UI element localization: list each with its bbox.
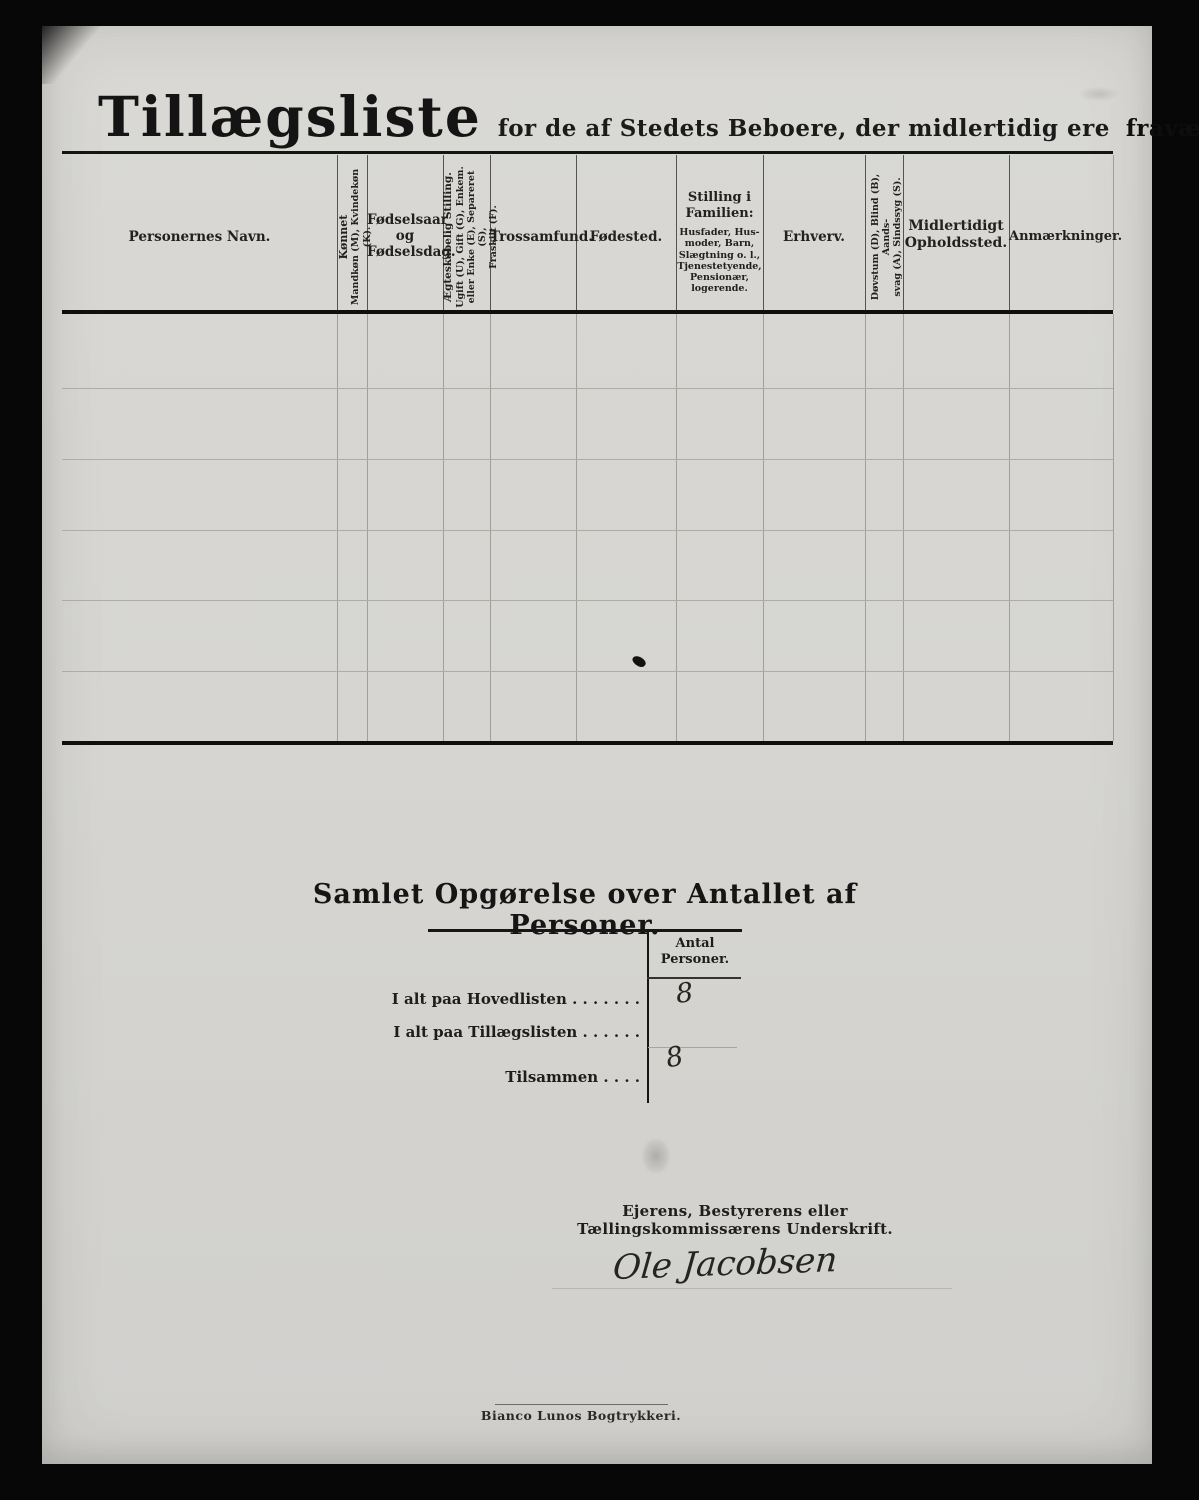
column-header-koennet: Kønnet Mandkøn (M), Kvindekøn (K). (337, 162, 367, 312)
column-header-doevstum: Døvstum (D), Blind (B), Aands- svag (A),… (870, 162, 898, 312)
title-rule (62, 151, 1113, 154)
page-subtitle-emphasis: fraværende. (1126, 115, 1199, 142)
table-row-line (62, 530, 1113, 531)
column-header-foedested: Fødested. (576, 229, 676, 245)
column-header-label: Døvstum (D), Blind (B), Aands- (870, 162, 892, 312)
table-row-line (62, 459, 1113, 460)
summary-count-header-line: Antal (649, 936, 741, 952)
page-title: Tillægsliste (98, 84, 482, 149)
scanned-census-form: Tillægsliste for de af Stedets Beboere, … (0, 0, 1199, 1500)
summary-row-label-tillaegslisten: I alt paa Tillægslisten . . . . . . (330, 1023, 640, 1041)
column-header-label: og (367, 228, 443, 244)
page-subtitle: for de af Stedets Beboere, der midlertid… (498, 115, 1110, 142)
column-header-personernes-navn: Personernes Navn. (62, 229, 337, 245)
column-header-foedselsaar: Fødselsaar og Fødselsdag. (367, 212, 443, 261)
column-header-subline: logerende. (676, 283, 763, 294)
footer-rule (495, 1404, 668, 1405)
printer-imprint: Bianco Lunos Bogtrykkeri. (471, 1408, 691, 1423)
scan-corner-shadow (42, 26, 137, 84)
page-title-row: Tillægsliste for de af Stedets Beboere, … (98, 84, 1199, 149)
summary-header-underline (647, 977, 741, 979)
column-header-subline: moder, Barn, (676, 238, 763, 249)
column-header-label: eller Enke (E), Separeret (S), (466, 162, 488, 312)
column-header-label: Opholdssted. (903, 235, 1009, 252)
signature-baseline (552, 1288, 952, 1289)
body-column-line (865, 314, 866, 741)
body-column-line (576, 314, 577, 741)
body-column-line (903, 314, 904, 741)
column-header-label: Anmærkninger. (1009, 229, 1113, 245)
body-column-line (367, 314, 368, 741)
table-row-line (62, 600, 1113, 601)
summary-top-rule (428, 929, 742, 932)
summary-count-column-header: Antal Personer. (649, 936, 741, 967)
column-header-subline: Tjenestetyende, (676, 261, 763, 272)
column-header-erhverv: Erhverv. (763, 229, 865, 245)
column-header-label: Stilling i (676, 190, 763, 206)
scan-smudge (1072, 84, 1126, 104)
body-column-line (490, 314, 491, 741)
column-header-subline: Slægtning o. l., (676, 250, 763, 261)
table-bottom-rule (62, 741, 1113, 745)
column-header-label: Ægteskabelig Stilling. (442, 162, 455, 312)
column-header-label: Fødselsdag. (367, 244, 443, 260)
column-header-anmaerkninger: Anmærkninger. (1009, 229, 1113, 245)
column-header-label: Trossamfund. (490, 229, 576, 245)
body-column-line (763, 314, 764, 741)
body-column-line (1009, 314, 1010, 741)
column-header-subline: Husfader, Hus- (676, 227, 763, 238)
handwritten-signature: Ole Jacobsen (611, 1240, 839, 1288)
summary-row-label-tilsammen: Tilsammen . . . . (330, 1068, 640, 1086)
body-column-line (1113, 314, 1114, 741)
body-column-line (337, 314, 338, 741)
scan-smudge (637, 1132, 675, 1180)
column-header-midlertidigt-opholdssted: Midlertidigt Opholdssted. (903, 218, 1009, 252)
signature-label: Ejerens, Bestyrerens eller Tællingskommi… (535, 1202, 935, 1238)
column-header-label: Ugift (U), Gift (G), Enkem. (455, 162, 466, 312)
table-row-line (62, 388, 1113, 389)
body-column-line (676, 314, 677, 741)
summary-count-header-line: Personer. (649, 952, 741, 968)
column-header-label: Midlertidigt (903, 218, 1009, 235)
handwritten-count-hovedlisten: 8 (674, 977, 694, 1010)
header-bottom-rule (62, 310, 1113, 314)
column-header-label: Kønnet (337, 162, 350, 312)
summary-value-line (648, 1047, 737, 1048)
column-header-trossamfund: Trossamfund. (490, 229, 576, 245)
column-header-label: Familien: (676, 206, 763, 222)
column-header-label: Erhverv. (763, 229, 865, 245)
column-header-label: Fødselsaar (367, 212, 443, 228)
summary-row-label-hovedlisten: I alt paa Hovedlisten . . . . . . . (330, 990, 640, 1008)
column-separator (865, 155, 866, 310)
table-row-line (62, 671, 1113, 672)
column-header-label: Personernes Navn. (62, 229, 337, 245)
column-header-label: Fødested. (576, 229, 676, 245)
column-header-subline: Pensionær, (676, 272, 763, 283)
column-header-stilling-i-familien: Stilling i Familien: Husfader, Hus- mode… (676, 190, 763, 294)
column-header-label: svag (A), Sindssyg (S). (892, 162, 903, 312)
body-column-line (443, 314, 444, 741)
column-header-aegteskabelig-stilling: Ægteskabelig Stilling. Ugift (U), Gift (… (442, 162, 490, 312)
